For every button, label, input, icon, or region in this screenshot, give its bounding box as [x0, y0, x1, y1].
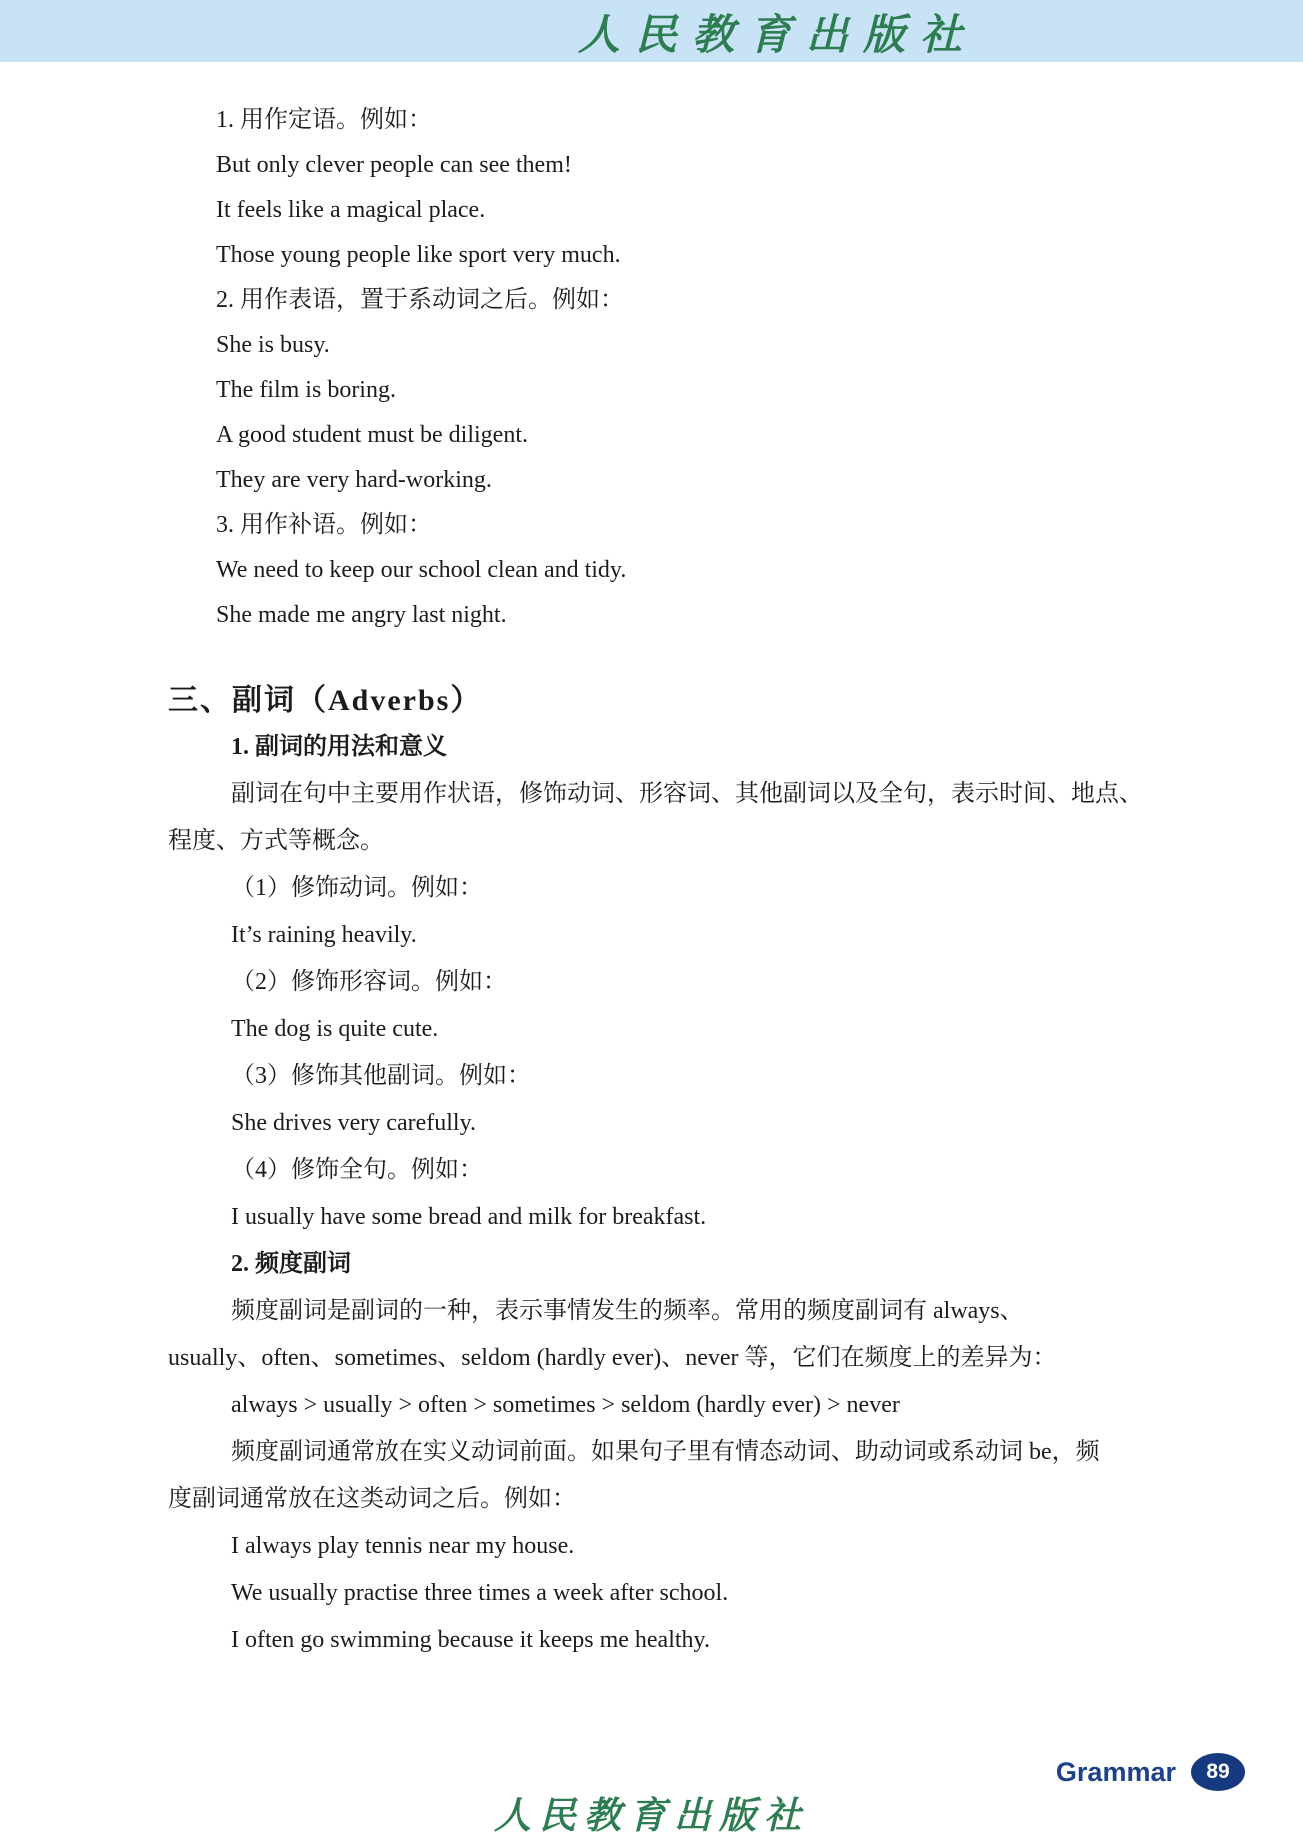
- frequency-scale-line: always > usually > often > sometimes > s…: [168, 1382, 1178, 1429]
- item-line: （4）修饰全句。例如：: [168, 1147, 1178, 1194]
- publisher-logo-bottom: 人民教育出版社: [494, 1785, 809, 1839]
- example-line: They are very hard-working.: [168, 458, 1178, 503]
- example-line: The film is boring.: [168, 368, 1178, 413]
- section-heading: 三、副词（Adverbs）: [168, 678, 1178, 724]
- example-line: I usually have some bread and milk for b…: [168, 1194, 1178, 1241]
- paragraph-line: 程度、方式等概念。: [168, 818, 1178, 865]
- paragraph-line: 频度副词是副词的一种，表示事情发生的频率。常用的频度副词有 always、: [168, 1288, 1178, 1335]
- header-band: 人民教育出版社: [0, 0, 1303, 62]
- paragraph-line: 频度副词通常放在实义动词前面。如果句子里有情态动词、助动词或系动词 be，频: [168, 1429, 1178, 1476]
- page-footer: Grammar 89: [1056, 1753, 1245, 1791]
- publisher-logo-top: 人民教育出版社: [578, 2, 977, 62]
- example-line: She made me angry last night.: [168, 593, 1178, 638]
- example-line: We usually practise three times a week a…: [168, 1570, 1178, 1617]
- adverbs-section-block: 1. 副词的用法和意义 副词在句中主要用作状语，修饰动词、形容词、其他副词以及全…: [168, 724, 1178, 1664]
- paragraph-line: 度副词通常放在这类动词之后。例如：: [168, 1476, 1178, 1523]
- subheading-line: 1. 副词的用法和意义: [168, 724, 1178, 771]
- example-line: I often go swimming because it keeps me …: [168, 1617, 1178, 1664]
- page-number-badge: 89: [1191, 1753, 1245, 1791]
- page-content: 1. 用作定语。例如： But only clever people can s…: [168, 98, 1178, 1664]
- item-line: （3）修饰其他副词。例如：: [168, 1053, 1178, 1100]
- example-line: A good student must be diligent.: [168, 413, 1178, 458]
- example-line: She is busy.: [168, 323, 1178, 368]
- example-line: The dog is quite cute.: [168, 1006, 1178, 1053]
- example-line: It feels like a magical place.: [168, 188, 1178, 233]
- paragraph-line: 副词在句中主要用作状语，修饰动词、形容词、其他副词以及全句，表示时间、地点、: [168, 771, 1178, 818]
- section-label: Grammar: [1056, 1757, 1176, 1788]
- example-line: But only clever people can see them!: [168, 143, 1178, 188]
- subheading-line: 2. 频度副词: [168, 1241, 1178, 1288]
- paragraph-line: usually、often、sometimes、seldom (hardly e…: [168, 1335, 1178, 1382]
- item-line: （2）修饰形容词。例如：: [168, 959, 1178, 1006]
- example-line: I always play tennis near my house.: [168, 1523, 1178, 1570]
- adjective-usage-block: 1. 用作定语。例如： But only clever people can s…: [168, 98, 1178, 638]
- item-line: 1. 用作定语。例如：: [168, 98, 1178, 143]
- example-line: She drives very carefully.: [168, 1100, 1178, 1147]
- item-line: 2. 用作表语，置于系动词之后。例如：: [168, 278, 1178, 323]
- item-line: （1）修饰动词。例如：: [168, 865, 1178, 912]
- example-line: We need to keep our school clean and tid…: [168, 548, 1178, 593]
- textbook-page: 人民教育出版社 1. 用作定语。例如： But only clever peop…: [0, 0, 1303, 1842]
- item-line: 3. 用作补语。例如：: [168, 503, 1178, 548]
- example-line: It’s raining heavily.: [168, 912, 1178, 959]
- example-line: Those young people like sport very much.: [168, 233, 1178, 278]
